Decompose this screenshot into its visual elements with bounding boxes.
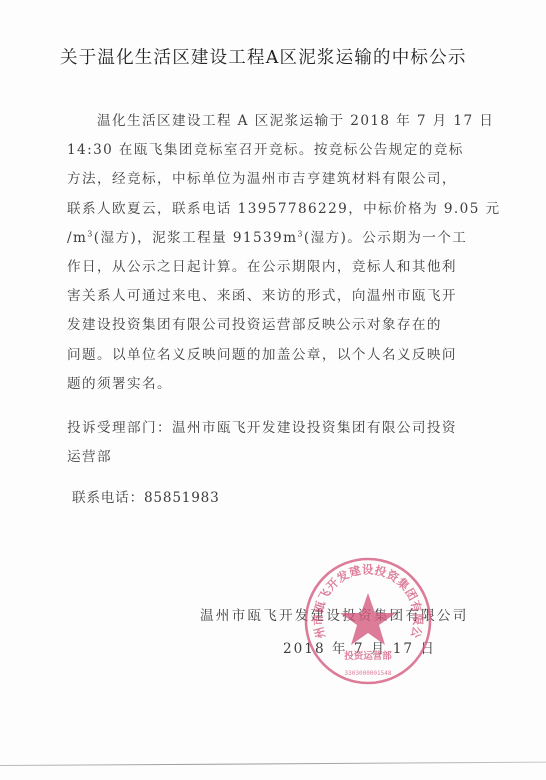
body-line-2: 14:30 在瓯飞集团竞标室召开竞标。按竞标公告规定的竞标	[67, 136, 483, 165]
announcement-body: 温化生活区建设工程 A 区泥浆运输于 2018 年 7 月 17 日 14:30…	[67, 107, 483, 399]
page-edge-line	[0, 762, 546, 766]
body-line-6: 作日，从公示之日起计算。在公示期限内，竞标人和其他利	[67, 253, 483, 282]
unit-text: m	[283, 230, 297, 246]
svg-text:温州市瓯飞开发建设投资集团有限公司: 温州市瓯飞开发建设投资集团有限公司	[302, 555, 425, 640]
body-line-text: (湿方)，泥浆工程量 91539	[94, 230, 283, 246]
complaint-department: 投诉受理部门：温州市瓯飞开发建设投资集团有限公司投资 运营部	[67, 414, 483, 472]
contact-phone: 联系电话：85851983	[72, 486, 220, 506]
unit-text: /m	[67, 230, 87, 246]
complaint-label: 投诉受理部门：	[67, 420, 172, 436]
body-line-9: 问题。以单位名义反映问题的加盖公章，以个人名义反映问	[67, 341, 483, 370]
svg-text:3303000001548: 3303000001548	[345, 670, 392, 677]
body-line-8: 发建设投资集团有限公司投资运营部反映公示对象存在的	[67, 311, 483, 340]
body-line-10: 题的须署实名。	[67, 370, 483, 399]
signature-date: 2018 年 7 月 17 日	[283, 637, 436, 657]
document-page: 关于温化生活区建设工程A区泥浆运输的中标公示 温化生活区建设工程 A 区泥浆运输…	[0, 0, 546, 780]
body-line-text: (湿方)。公示期为一个工	[304, 230, 467, 246]
phone-label: 联系电话：	[72, 490, 144, 506]
signature-org: 温州市瓯飞开发建设投资集团有限公司	[200, 604, 500, 624]
complaint-line-1: 投诉受理部门：温州市瓯飞开发建设投资集团有限公司投资	[67, 414, 483, 443]
phone-value: 85851983	[144, 490, 220, 506]
body-line-7: 害关系人可通过来电、来函、来访的形式，向温州市瓯飞开	[67, 282, 483, 311]
body-line-3: 方法，经竞标，中标单位为温州市吉亨建筑材料有限公司，	[67, 165, 483, 194]
page-title: 关于温化生活区建设工程A区泥浆运输的中标公示	[60, 44, 490, 69]
complaint-dept: 温州市瓯飞开发建设投资集团有限公司投资	[172, 420, 457, 436]
body-line-1: 温化生活区建设工程 A 区泥浆运输于 2018 年 7 月 17 日	[67, 107, 483, 136]
complaint-line-2: 运营部	[67, 443, 483, 472]
body-line-5: /m3(湿方)，泥浆工程量 91539m3(湿方)。公示期为一个工	[67, 224, 483, 253]
body-line-4: 联系人欧夏云，联系电话 13957786229，中标价格为 9.05 元	[67, 195, 483, 224]
body-line-text: 温化生活区建设工程 A 区泥浆运输于 2018 年 7 月 17 日	[97, 113, 494, 129]
